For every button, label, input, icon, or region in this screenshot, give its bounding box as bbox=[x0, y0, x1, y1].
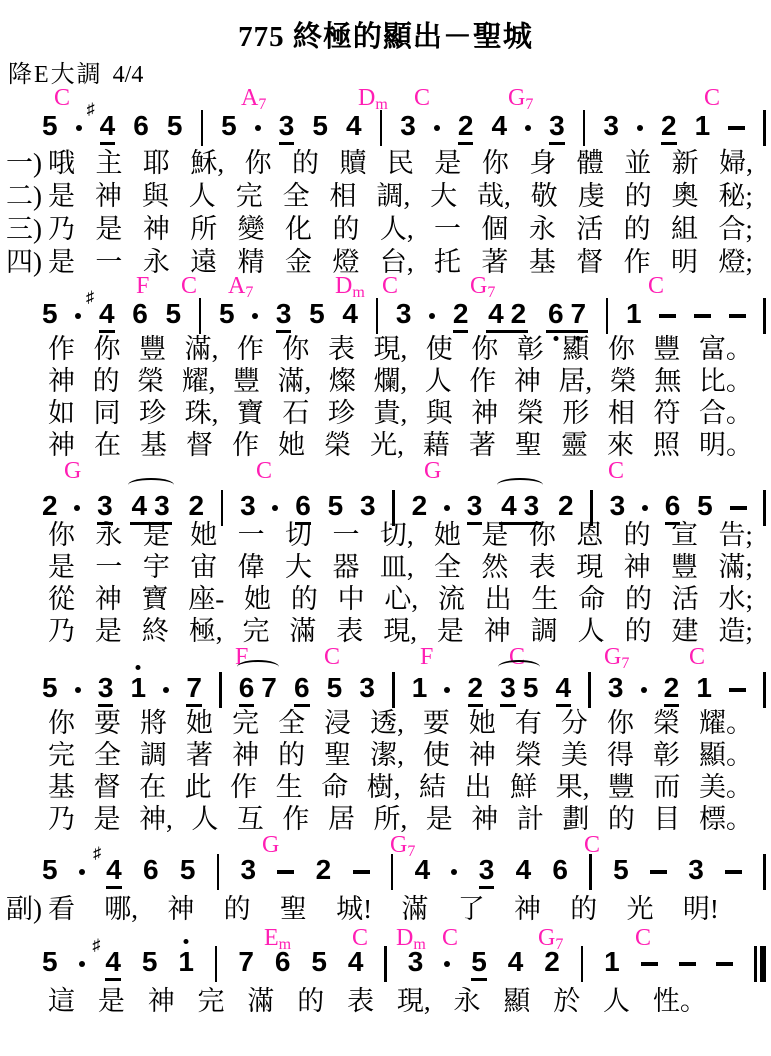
lyric-syllable: 一 bbox=[434, 214, 461, 245]
lyric-syllable: 秘; bbox=[718, 181, 753, 212]
note-digit: 5 bbox=[328, 492, 344, 522]
lyric-syllable: 神 bbox=[471, 398, 498, 429]
note-digit: 5 bbox=[471, 948, 487, 981]
chord-label: C bbox=[382, 274, 398, 298]
note: 4 bbox=[348, 948, 364, 978]
note: ♯4 bbox=[105, 948, 121, 981]
lyric-syllable: 器 bbox=[332, 552, 359, 583]
lyric-syllable: 顯。 bbox=[699, 740, 753, 771]
chord-label: C bbox=[704, 86, 720, 110]
lyric-syllable: 你 bbox=[94, 334, 121, 365]
note: 3 bbox=[396, 300, 412, 330]
lyric-syllable: 座- bbox=[188, 584, 224, 615]
chord-root: G bbox=[470, 273, 487, 299]
lyric-syllable: 出 bbox=[485, 584, 512, 615]
note-digit: 4 bbox=[105, 948, 121, 981]
lyric-syllable: 她 bbox=[244, 584, 271, 615]
lyric-syllable: 結 bbox=[419, 772, 446, 803]
duration-dot bbox=[79, 961, 85, 967]
lyric-syllable: 人 bbox=[603, 986, 630, 1017]
lyric-syllable: 珠, bbox=[185, 398, 219, 429]
lyric-syllable: 耀, bbox=[182, 366, 216, 397]
chord-root: C bbox=[414, 85, 430, 111]
lyric-syllable: 是 bbox=[48, 552, 75, 583]
note: 5 bbox=[165, 300, 181, 330]
note: 3 bbox=[154, 492, 170, 522]
duration-dot bbox=[255, 125, 261, 131]
lyric-syllable: 全 bbox=[94, 740, 121, 771]
note-digit: 3 bbox=[500, 674, 516, 707]
note: 2 bbox=[661, 112, 677, 145]
barline bbox=[217, 854, 220, 890]
lyric-syllable: 靈 bbox=[561, 430, 588, 461]
note-digit: 4 bbox=[508, 948, 524, 978]
lyric-syllable: 虔 bbox=[578, 181, 605, 212]
lyric-syllable: 豐 bbox=[608, 772, 635, 803]
note: 7 bbox=[186, 674, 202, 707]
note-digit: 2 bbox=[468, 674, 484, 707]
lyric-syllable: 爛, bbox=[373, 366, 407, 397]
chord-root: G bbox=[604, 644, 621, 670]
note-digit: 6 bbox=[552, 856, 568, 886]
lyric-syllable: 你 bbox=[482, 148, 509, 179]
lyric-syllable: 皿, bbox=[380, 552, 414, 583]
barline bbox=[763, 490, 766, 526]
note-digit: 1 bbox=[131, 674, 147, 704]
note: 5 bbox=[221, 112, 237, 142]
chord-root: G bbox=[262, 832, 279, 858]
note-digit: 3 bbox=[524, 492, 540, 522]
lyric-row: 完全調著神的聖潔,使神榮美得彰顯。 bbox=[48, 740, 753, 771]
lyric-syllable: 是 bbox=[94, 804, 121, 835]
duration-dot bbox=[79, 869, 85, 875]
note: 4 bbox=[491, 112, 507, 142]
note-digit: 3 bbox=[241, 856, 257, 886]
lyric-syllable: 美 bbox=[561, 740, 588, 771]
lyric-syllable: 現, bbox=[397, 986, 431, 1017]
note: 2 bbox=[544, 948, 560, 978]
lyric-syllable: 豐 bbox=[139, 334, 166, 365]
lyric-syllable: 豐 bbox=[653, 334, 680, 365]
chord-label: C bbox=[256, 459, 272, 483]
lyric-syllable: 滿 bbox=[401, 894, 428, 925]
chord-label: G bbox=[64, 459, 81, 483]
chord-label: C bbox=[635, 926, 651, 950]
lyric-syllable: 命 bbox=[321, 772, 348, 803]
lyric-syllable: 相 bbox=[608, 398, 635, 429]
note-digit: 4 bbox=[100, 112, 116, 145]
lyric-syllable: 顯 bbox=[503, 986, 530, 1017]
lyric-syllable: 大 bbox=[430, 181, 457, 212]
chord-label: C bbox=[54, 86, 70, 110]
lyric-syllable: 聖 bbox=[280, 894, 307, 925]
lyric-syllable: 神 bbox=[624, 552, 651, 583]
lyric-syllable: 你 bbox=[607, 708, 634, 739]
lyric-syllable: 你 bbox=[48, 520, 75, 551]
note: 4 bbox=[415, 856, 431, 886]
chord-root: D bbox=[358, 85, 375, 111]
lyric-syllable: 是 bbox=[434, 148, 461, 179]
verse-prefix: 三) bbox=[6, 214, 42, 245]
sharp-sign: ♯ bbox=[93, 846, 101, 862]
note: 2 bbox=[558, 492, 574, 522]
octave-dot-high bbox=[136, 665, 141, 670]
note-digit: 1 bbox=[626, 300, 642, 330]
lyric-syllable: 的 bbox=[291, 584, 318, 615]
lyric-syllable: 婦, bbox=[719, 148, 753, 179]
lyric-syllable: 美。 bbox=[699, 772, 753, 803]
lyric-syllable: 民 bbox=[387, 148, 414, 179]
chord-root: C bbox=[584, 832, 600, 858]
note-digit: 5 bbox=[42, 674, 58, 704]
barline bbox=[589, 854, 592, 890]
lyric-syllable: 你 bbox=[471, 334, 498, 365]
note-digit: 5 bbox=[42, 112, 58, 142]
lyric-syllable: 她 bbox=[186, 708, 213, 739]
lyric-syllable: 一 bbox=[95, 552, 122, 583]
duration-dot bbox=[74, 505, 80, 511]
chord-row: FCFCG7C bbox=[0, 645, 771, 671]
note-digit: 4 bbox=[99, 300, 115, 333]
lyric-syllable: 榮 bbox=[324, 430, 351, 461]
lyric-syllable: 照 bbox=[653, 430, 680, 461]
extension-dash bbox=[728, 126, 745, 130]
note: 3 bbox=[610, 492, 626, 522]
note-digit: 5 bbox=[42, 300, 58, 330]
lyric-syllable: 建 bbox=[671, 616, 698, 647]
lyric-row: 哦主耶穌,你的贖民是你身體並新婦, bbox=[48, 148, 753, 179]
note: 1 bbox=[696, 674, 712, 704]
note: 1 bbox=[131, 674, 147, 704]
lyric-syllable: 你 bbox=[529, 520, 556, 551]
chord-label: G bbox=[424, 459, 441, 483]
barline bbox=[384, 946, 387, 982]
note: 3 bbox=[688, 856, 704, 886]
chord-root: A bbox=[228, 273, 245, 299]
hymn-sheet: 775 終極的顯出－聖城 降E大調4/4 CA7DmCG7C5♯46553543… bbox=[0, 0, 771, 1056]
note-digit: 1 bbox=[696, 674, 712, 704]
lyric-syllable: 你 bbox=[48, 708, 75, 739]
chord-root: G bbox=[424, 458, 441, 484]
lyric-syllable: 的 bbox=[608, 804, 635, 835]
sharp-sign: ♯ bbox=[86, 290, 94, 306]
lyric-syllable: 作 bbox=[48, 334, 75, 365]
lyric-syllable: 新 bbox=[672, 148, 699, 179]
chord-label: C bbox=[181, 274, 197, 298]
note: 4 bbox=[346, 112, 362, 142]
lyric-row: 你永是她一切一切,她是你恩的宣告; bbox=[48, 520, 753, 551]
duration-dot bbox=[525, 125, 531, 131]
note-digit: 4 bbox=[346, 112, 362, 142]
lyric-syllable: 完 bbox=[242, 616, 269, 647]
note-digit: 6 bbox=[548, 300, 564, 330]
note: 1 bbox=[604, 948, 620, 978]
lyric-syllable: 中 bbox=[338, 584, 365, 615]
duration-dot bbox=[444, 687, 450, 693]
lyric-syllable: 與 bbox=[426, 398, 453, 429]
key-time-line: 降E大調4/4 bbox=[8, 54, 143, 89]
duration-dot bbox=[434, 125, 440, 131]
lyric-syllable: 看 bbox=[48, 894, 75, 925]
lyric-syllable: 表 bbox=[347, 986, 374, 1017]
lyric-row: 乃是神所變化的人,一個永活的組合; bbox=[48, 214, 753, 245]
lyric-syllable: 富。 bbox=[699, 334, 753, 365]
note-digit: 5 bbox=[165, 300, 181, 330]
note: 6 bbox=[239, 674, 255, 707]
lyric-syllable: 合。 bbox=[699, 398, 753, 429]
note: 5 bbox=[42, 948, 58, 978]
chord-label: C bbox=[442, 926, 458, 950]
chord-sub: 7 bbox=[525, 96, 533, 113]
lyric-syllable: 一 bbox=[332, 520, 359, 551]
note: 5 bbox=[327, 674, 343, 704]
lyric-syllable: 乃 bbox=[48, 214, 75, 245]
note: 5 bbox=[697, 492, 713, 522]
lyric-syllable: 現 bbox=[576, 552, 603, 583]
page-title: 775 終極的顯出－聖城 bbox=[0, 14, 771, 55]
note-digit: 1 bbox=[178, 948, 194, 978]
lyric-syllable: 相 bbox=[330, 181, 357, 212]
note: 2 bbox=[316, 856, 332, 886]
lyric-syllable: 使 bbox=[423, 740, 450, 771]
lyric-syllable: 人 bbox=[425, 366, 452, 397]
note-digit: 6 bbox=[143, 856, 159, 886]
barline bbox=[588, 672, 591, 708]
note-digit: 5 bbox=[523, 674, 539, 704]
note-digit: 3 bbox=[276, 300, 292, 333]
note: 6 bbox=[275, 948, 291, 978]
note: 3 bbox=[279, 112, 295, 145]
chord-sub: 7 bbox=[621, 655, 629, 672]
lyric-syllable: 宇 bbox=[143, 552, 170, 583]
lyric-syllable: 調 bbox=[140, 740, 167, 771]
chord-label: G7 bbox=[604, 645, 629, 672]
note-digit: 4 bbox=[348, 948, 364, 978]
note-digit: 7 bbox=[261, 674, 277, 704]
lyric-syllable: 神 bbox=[48, 366, 75, 397]
chord-label: G7 bbox=[470, 274, 495, 301]
lyric-syllable: 同 bbox=[94, 398, 121, 429]
lyric-row: 如同珍珠,寶石珍貴,與神榮形相符合。 bbox=[48, 398, 753, 429]
note: 5 bbox=[309, 300, 325, 330]
note: 3 bbox=[360, 492, 376, 522]
lyric-syllable: 督 bbox=[186, 430, 213, 461]
lyric-syllable: 她 bbox=[190, 520, 217, 551]
lyric-syllable: 完 bbox=[198, 986, 225, 1017]
note-digit: 3 bbox=[396, 300, 412, 330]
note: 5 bbox=[142, 948, 158, 978]
lyric-syllable: 神 bbox=[471, 804, 498, 835]
lyric-syllable: 恩 bbox=[576, 520, 603, 551]
lyric-syllable: 這 bbox=[48, 986, 75, 1017]
lyric-syllable: 作 bbox=[230, 772, 257, 803]
verse-prefix: 一) bbox=[6, 148, 42, 179]
chord-label: C bbox=[689, 645, 705, 669]
chord-label: F bbox=[136, 274, 149, 298]
lyric-syllable: 顯 bbox=[562, 334, 589, 365]
lyric-syllable: 基 bbox=[140, 430, 167, 461]
note: 5 bbox=[312, 112, 328, 142]
note-digit: 4 bbox=[488, 300, 504, 330]
note-digit: 7 bbox=[571, 300, 587, 330]
note-digit: 3 bbox=[98, 674, 114, 707]
duration-dot bbox=[163, 687, 169, 693]
note-digit: 2 bbox=[511, 300, 527, 330]
lyric-syllable: 神 bbox=[148, 986, 175, 1017]
lyric-syllable: 人, bbox=[380, 214, 414, 245]
lyric-syllable: 是 bbox=[95, 214, 122, 245]
lyric-syllable: 貴, bbox=[373, 398, 407, 429]
lyric-syllable: 切, bbox=[380, 520, 414, 551]
lyric-syllable: 珍 bbox=[139, 398, 166, 429]
note-digit: 1 bbox=[412, 674, 428, 704]
lyric-syllable: 互 bbox=[237, 804, 264, 835]
note: ♯4 bbox=[106, 856, 122, 889]
lyric-syllable: 生 bbox=[276, 772, 303, 803]
barline bbox=[376, 298, 379, 334]
chord-label: Dm bbox=[358, 86, 388, 113]
lyric-syllable: 榮 bbox=[610, 366, 637, 397]
lyric-syllable: 流 bbox=[438, 584, 465, 615]
lyric-syllable: 奧 bbox=[671, 181, 698, 212]
lyric-row: 基督在此作生命樹,結出鮮果,豐而美。 bbox=[48, 772, 753, 803]
lyric-syllable: 調, bbox=[376, 181, 410, 212]
note: 4 bbox=[488, 300, 504, 330]
lyric-syllable: 有 bbox=[515, 708, 542, 739]
note: 2 bbox=[412, 492, 428, 522]
lyric-syllable: 組 bbox=[671, 214, 698, 245]
note-digit: 5 bbox=[312, 112, 328, 142]
lyric-syllable: 滿, bbox=[185, 334, 219, 365]
lyric-syllable: 作 bbox=[469, 366, 496, 397]
note: 5 bbox=[42, 300, 58, 330]
lyric-row: 是一宇宙偉大器皿,全然表現神豐滿; bbox=[48, 552, 753, 583]
lyric-syllable: 是 bbox=[95, 616, 122, 647]
lyric-syllable: 滿 bbox=[247, 986, 274, 1017]
note-digit: 3 bbox=[610, 492, 626, 522]
note-digit: 3 bbox=[240, 492, 256, 522]
note-digit: 5 bbox=[311, 948, 327, 978]
lyric-syllable: 是 bbox=[98, 986, 125, 1017]
barline bbox=[380, 110, 383, 146]
note-digit: 4 bbox=[491, 112, 507, 142]
chord-label: Dm bbox=[335, 274, 365, 301]
extension-dash bbox=[659, 314, 676, 318]
lyric-syllable: 使 bbox=[426, 334, 453, 365]
lyric-syllable: 宣 bbox=[671, 520, 698, 551]
note: 4 bbox=[501, 492, 517, 522]
note: 3 bbox=[608, 674, 624, 704]
lyric-syllable: 人 bbox=[578, 616, 605, 647]
note-digit: 5 bbox=[697, 492, 713, 522]
lyric-syllable: 活 bbox=[576, 214, 603, 245]
note-digit: 4 bbox=[106, 856, 122, 889]
lyric-syllable: 你 bbox=[282, 334, 309, 365]
chord-row: FCA7DmCG7C bbox=[0, 274, 771, 300]
lyric-syllable: 居, bbox=[558, 366, 592, 397]
lyric-row: 從神寶座-她的中心,流出生命的活水; bbox=[48, 584, 753, 615]
chord-row: CA7DmCG7C bbox=[0, 86, 771, 112]
sharp-sign: ♯ bbox=[87, 102, 95, 118]
lyric-syllable: 出 bbox=[465, 772, 492, 803]
chord-root: C bbox=[324, 644, 340, 670]
note: 6 bbox=[552, 856, 568, 886]
note-digit: 5 bbox=[219, 300, 235, 330]
note-digit: 2 bbox=[316, 856, 332, 886]
note: 3 bbox=[98, 674, 114, 707]
extension-dash bbox=[730, 506, 747, 510]
final-barline-thin bbox=[754, 946, 757, 982]
lyric-syllable: 調 bbox=[531, 616, 558, 647]
lyric-syllable: 滿 bbox=[289, 616, 316, 647]
lyric-syllable: 神 bbox=[48, 430, 75, 461]
extension-dash bbox=[694, 314, 711, 318]
lyric-syllable: 完 bbox=[232, 708, 259, 739]
lyric-syllable: 樹, bbox=[367, 772, 401, 803]
extension-dash bbox=[353, 870, 370, 874]
note: 3 bbox=[241, 856, 257, 886]
lyric-syllable: 榮 bbox=[515, 740, 542, 771]
extension-dash bbox=[729, 314, 746, 318]
chord-root: D bbox=[335, 273, 352, 299]
chord-root: G bbox=[64, 458, 81, 484]
lyric-syllable: 鮮 bbox=[510, 772, 537, 803]
duration-dot bbox=[272, 505, 278, 511]
lyric-row: 乃是神,人互作居所,是神計劃的目標。 bbox=[48, 804, 753, 835]
note: 7 bbox=[238, 948, 254, 978]
barline bbox=[763, 110, 766, 146]
note-digit: 3 bbox=[359, 674, 375, 704]
note: 5 bbox=[471, 948, 487, 981]
lyric-syllable: 榮 bbox=[653, 708, 680, 739]
lyric-syllable: 城! bbox=[336, 894, 372, 925]
extension-dash bbox=[277, 870, 294, 874]
lyric-syllable: 著 bbox=[186, 740, 213, 771]
lyric-syllable: 珍 bbox=[328, 398, 355, 429]
barline bbox=[201, 110, 204, 146]
lyric-syllable: 了 bbox=[458, 894, 485, 925]
note-digit: 5 bbox=[42, 856, 58, 886]
lyric-syllable: 作 bbox=[237, 334, 264, 365]
barline bbox=[581, 946, 584, 982]
lyric-syllable: 是 bbox=[143, 520, 170, 551]
barline bbox=[391, 854, 394, 890]
lyric-syllable: 是 bbox=[481, 520, 508, 551]
lyric-syllable: 你 bbox=[608, 334, 635, 365]
note-digit: 3 bbox=[279, 112, 295, 145]
lyric-syllable: 全 bbox=[434, 552, 461, 583]
lyric-syllable: 大 bbox=[285, 552, 312, 583]
lyric-syllable: 的 bbox=[624, 214, 651, 245]
lyric-syllable: 乃 bbox=[48, 616, 75, 647]
lyric-syllable: 神 bbox=[514, 366, 541, 397]
note-digit: 4 bbox=[132, 492, 148, 522]
note-digit: 6 bbox=[132, 300, 148, 330]
note-digit: 7 bbox=[186, 674, 202, 707]
lyric-syllable: 現, bbox=[373, 334, 407, 365]
note: 2 bbox=[453, 300, 469, 333]
chord-label: G7 bbox=[508, 86, 533, 113]
lyric-syllable: 明! bbox=[683, 894, 719, 925]
note-digit: 3 bbox=[479, 856, 495, 889]
chord-label: C bbox=[584, 833, 600, 857]
lyric-syllable: 贖 bbox=[339, 148, 366, 179]
duration-dot bbox=[641, 687, 647, 693]
lyric-syllable: 生 bbox=[531, 584, 558, 615]
lyric-syllable: 聖 bbox=[515, 430, 542, 461]
lyric-syllable: 劃 bbox=[562, 804, 589, 835]
lyric-syllable: 光 bbox=[627, 894, 654, 925]
